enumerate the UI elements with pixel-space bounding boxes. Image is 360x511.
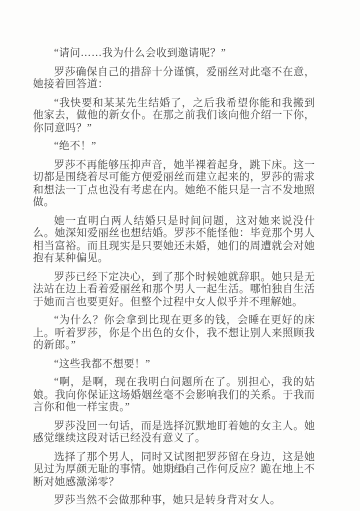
paragraph: 罗莎确保自己的措辞十分谨慎，爱丽丝对此毫不在意，她接着回答道： <box>33 67 315 92</box>
page-text-block: “请问……我为什么会收到邀请呢？” 罗莎确保自己的措辞十分谨慎，爱丽丝对此毫不在… <box>33 48 315 511</box>
paragraph: 罗莎当然不会做那种事，她只是转身背对女人。 <box>33 495 315 508</box>
paragraph: “这些我都不想要！” <box>33 359 315 372</box>
page-number: 010 <box>0 465 360 474</box>
paragraph: 罗莎没回一句话，而是选择沉默地盯着她的女主人。她感觉继续这段对话已经没有意义了。 <box>33 421 315 446</box>
paragraph: “为什么？你会拿到比现在更多的钱，会睡在更好的床上。听着罗莎，你是个出色的女仆，… <box>33 315 315 353</box>
paragraph: 她一直明白两人结婚只是时间问题，这对她来说没什么。她深知爱丽丝也想结婚。罗莎不能… <box>33 216 315 266</box>
book-page: “请问……我为什么会收到邀请呢？” 罗莎确保自己的措辞十分谨慎，爱丽丝对此毫不在… <box>0 0 360 511</box>
paragraph: “请问……我为什么会收到邀请呢？” <box>33 48 315 61</box>
paragraph: “我快要和某某先生结婚了，之后我希望你能和我搬到他家去，做他的新女仆。在那之前我… <box>33 98 315 136</box>
paragraph: 罗莎不再能够压抑声音，她半裸着起身，跳下床。这一切都是围绕着尽可能方便爱丽丝而建… <box>33 160 315 210</box>
paragraph: “绝不！” <box>33 141 315 154</box>
paragraph: “啊，是啊，现在我明白问题所在了。别担心，我的姑娘。我向你保证这场婚姻丝毫不会影… <box>33 377 315 415</box>
paragraph: 罗莎已经下定决心，到了那个时候她就辞职。她只是无法站在边上看着爱丽丝和那个男人一… <box>33 272 315 310</box>
